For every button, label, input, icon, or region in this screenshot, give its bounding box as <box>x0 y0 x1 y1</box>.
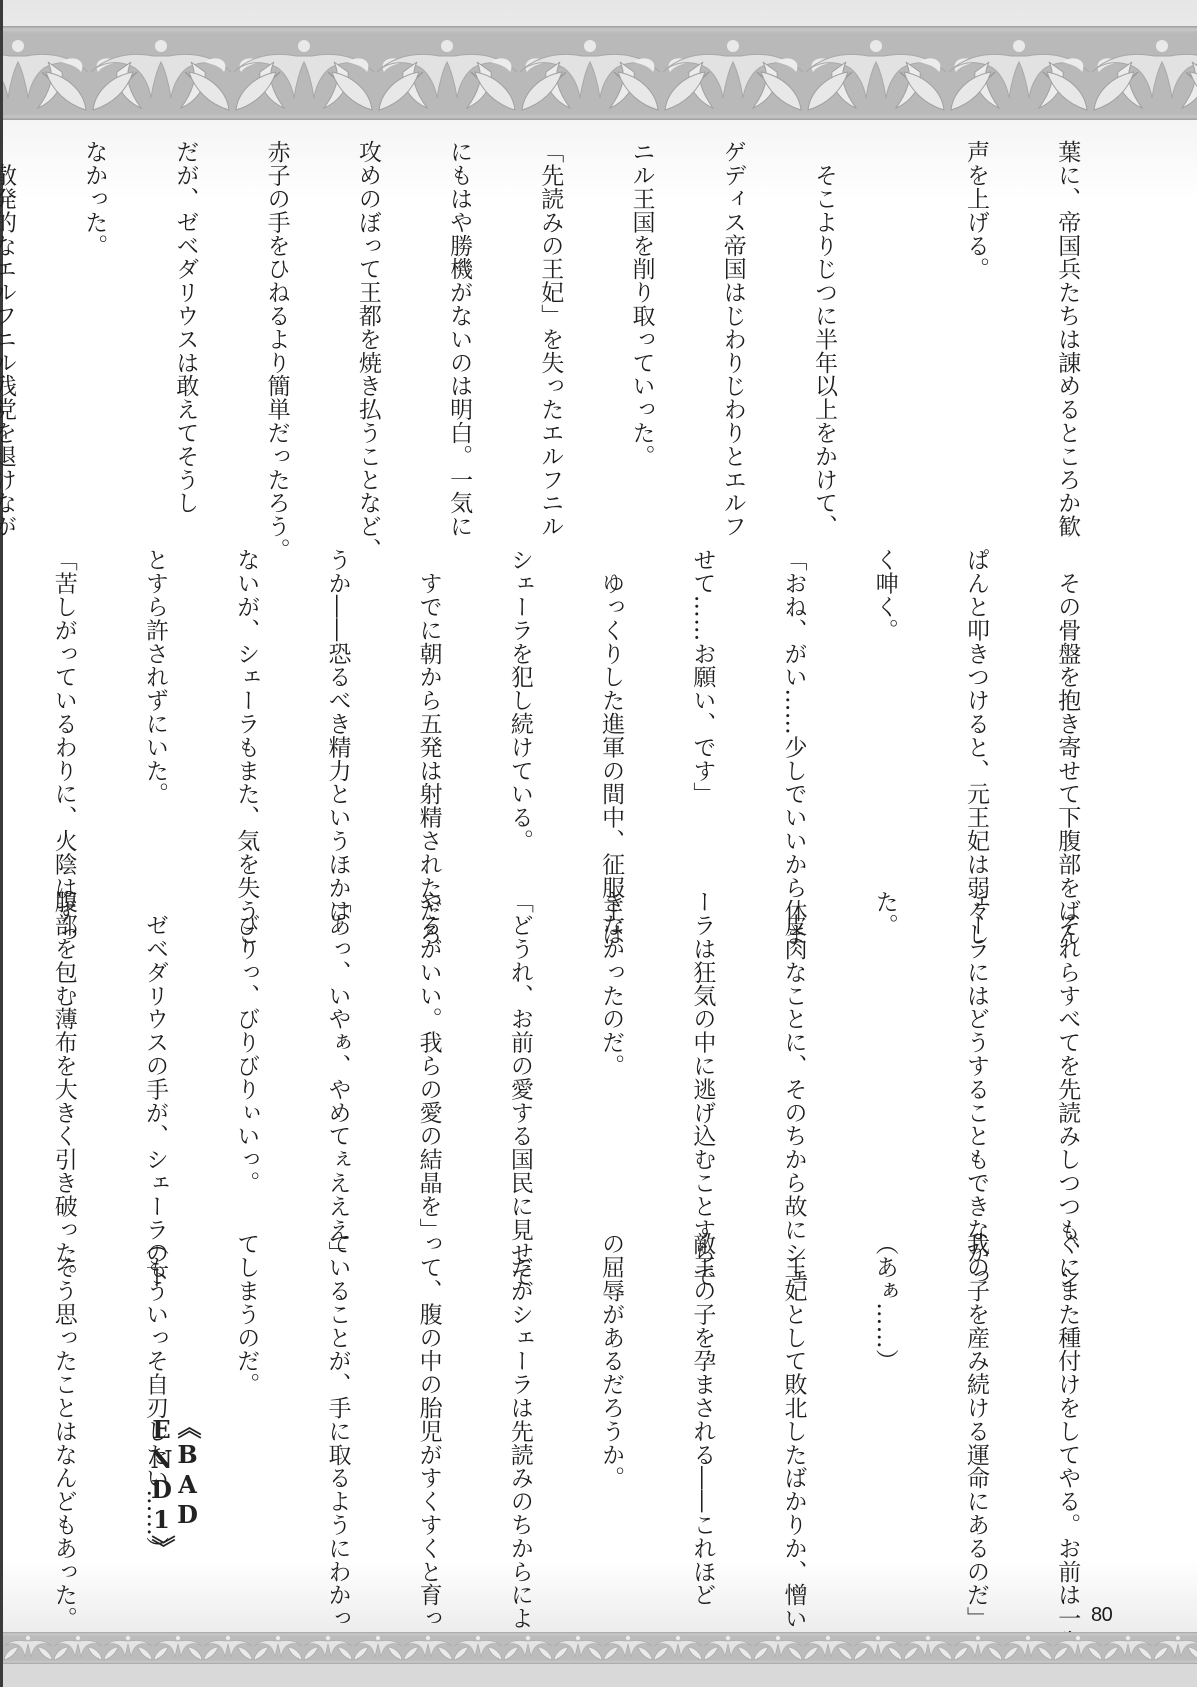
column: 「先読みの王妃」を失ったエルフニル <box>535 140 565 500</box>
column: の屈辱があるだろうか。 <box>596 1232 626 1577</box>
column: 「どうれ、お前の愛する国民に見せて <box>504 890 534 1235</box>
column: ぱんと叩きつけると、元王妃は弱々し <box>961 548 991 893</box>
text-tier-1: 葉に、帝国兵たちは諌めるところか歓 声を上げる。 そこよりじつに半年以上をかけて… <box>143 140 1143 500</box>
column: 「おね、がい……少しでいいから休ま <box>778 548 808 893</box>
ornament-pattern-top <box>3 26 1197 120</box>
column: そこよりじつに半年以上をかけて、 <box>809 140 839 500</box>
column: た。 <box>869 890 899 1235</box>
column: ニル王国を削り取っていった。 <box>626 140 656 500</box>
column: きなかったのだ。 <box>596 890 626 1235</box>
column: 皮肉なことに、そのちから故にシェ <box>778 890 808 1235</box>
ornamental-border-top <box>3 26 1197 120</box>
column: 攻めのぼって王都を焼き払うことなど、 <box>352 140 382 500</box>
column: てしまうのだ。 <box>231 1232 261 1577</box>
column: ていることが、手に取るようにわかっ <box>322 1232 352 1577</box>
page-margin-bottom <box>3 1664 1197 1687</box>
column: びりっ、びりびりぃいっ。 <box>231 890 261 1235</box>
column: だがシェーラは先読みのちからによ <box>504 1232 534 1577</box>
column: にもはや勝機がないのは明白。一気に <box>444 140 474 500</box>
column: 「あっ、いやぁ、やめてぇえええ」 <box>322 890 352 1235</box>
column: なかった。 <box>79 140 109 500</box>
column: ーラは狂気の中に逃げ込むことすらで <box>687 890 717 1235</box>
column: とすら許されずにいた。 <box>140 548 170 893</box>
column: って、腹の中の胎児がすくすくと育っ <box>413 1232 443 1577</box>
column: ぐにまた種付けをしてやる。お前は一生、 <box>1052 1232 1082 1577</box>
column: 葉に、帝国兵たちは諌めるところか歓 <box>1052 140 1082 500</box>
column: 「苦しがっているわりに、火陰はずっ <box>48 548 78 893</box>
column: 我の子を産み続ける運命にあるのだ」 <box>961 1232 991 1577</box>
column: 敵王の子を孕まされる――これほど <box>687 1232 717 1577</box>
ornamental-border-bottom <box>3 1632 1197 1664</box>
column: ェーラにはどうすることもできなかっ <box>961 890 991 1235</box>
column: ゲディス帝国はじわりじわりとエルフ <box>717 140 747 500</box>
column: すでに朝から五発は射精されただろ <box>413 548 443 893</box>
text-tier-4: ぐにまた種付けをしてやる。お前は一生、 我の子を産み続ける運命にあるのだ」 （あ… <box>143 1232 1143 1577</box>
column: 腹部を包む薄布を大きく引き破った。 <box>48 890 78 1235</box>
column: シェーラを犯し続けている。 <box>504 548 534 893</box>
ornament-pattern-bottom <box>3 1632 1197 1664</box>
column: ゼベダリウスの手が、シェーラの下 <box>140 890 170 1235</box>
text-tier-2: その骨盤を抱き寄せて下腹部をばん ぱんと叩きつけると、元王妃は弱々し く呻く。 … <box>143 548 1143 893</box>
column: （あぁ……） <box>869 1232 899 1577</box>
column: く呻く。 <box>869 548 899 893</box>
column: うか――恐るべき精力というほかは <box>322 548 352 893</box>
column: 王妃として敗北したばかりか、憎い <box>778 1232 808 1577</box>
page-number: 80 <box>1091 1604 1112 1627</box>
column: そう思ったことはなんどもあった。 <box>48 1232 78 1577</box>
column: ないが、シェーラもまた、気を失うこ <box>231 548 261 893</box>
column: やるがいい。我らの愛の結晶を」 <box>413 890 443 1235</box>
ending-label: 《BAD END1》 <box>148 1415 200 1595</box>
column: 散発的なエルフニル残党を退けなが <box>0 140 18 500</box>
column: その骨盤を抱き寄せて下腹部をばん <box>1052 548 1082 893</box>
column: それらすべてを先読みしつつも、シ <box>1052 890 1082 1235</box>
text-tier-3: それらすべてを先読みしつつも、シ ェーラにはどうすることもできなかっ た。 皮肉… <box>143 890 1143 1235</box>
column: ゆっくりした進軍の間中、征服王は <box>596 548 626 893</box>
column: せて……お願い、です」 <box>687 548 717 893</box>
column: だが、ゼベダリウスは敢えてそうし <box>170 140 200 500</box>
column: 赤子の手をひねるより簡単だったろう。 <box>261 140 291 500</box>
column: 声を上げる。 <box>961 140 991 500</box>
